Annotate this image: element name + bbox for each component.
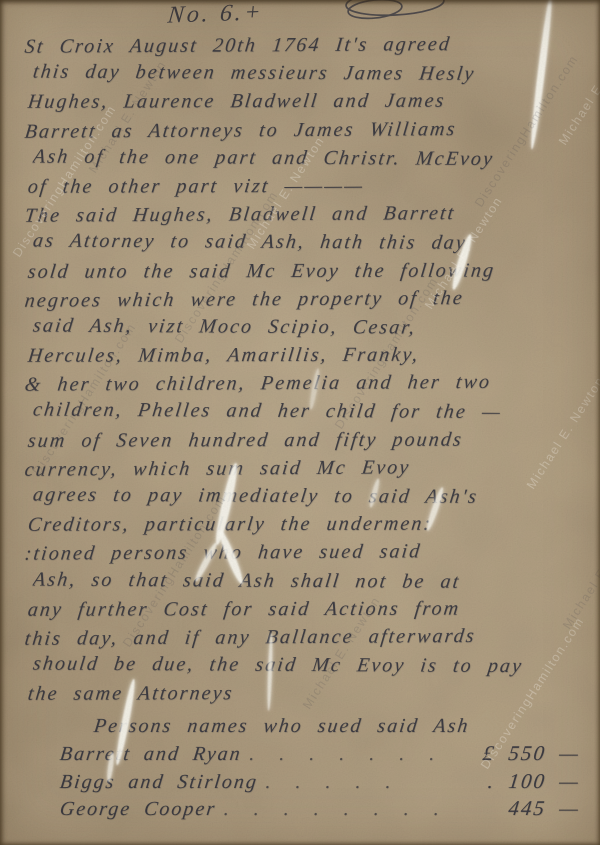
manuscript-line: agrees to pay immediately to said Ash's: [31, 481, 595, 512]
manuscript-line: children, Phelles and her child for the …: [31, 396, 595, 427]
ledger-row: George Cooper . . . . . . . . . 445 —: [58, 795, 581, 823]
manuscript-line: as Attorney to said Ash, hath this day: [31, 227, 595, 258]
manuscript-line: of the other part vizt ————: [26, 171, 596, 201]
ledger-intro-line: Persons names who sued said Ash: [92, 712, 581, 740]
manuscript-line: :tioned persons who have sued said: [23, 537, 596, 569]
ledger-row: Biggs and Stirlong . . . . . . 100 —: [58, 768, 581, 796]
amount-value: . 100 —: [460, 768, 581, 796]
manuscript-line: this day, and if any Ballance afterwards: [23, 621, 596, 653]
manuscript-line: Hercules, Mimba, Amarillis, Franky,: [26, 340, 596, 370]
document-number-heading: No. 6.+: [166, 0, 264, 30]
dot-leader: . . . . . . .: [240, 741, 464, 769]
manuscript-line: St Croix August 20th 1764 It's agreed: [23, 29, 596, 61]
manuscript-line: any further Cost for said Actions from: [26, 594, 596, 624]
dot-leader: . . . . .: [256, 769, 463, 797]
manuscript-line: should be due, the said Mc Evoy is to pa…: [31, 650, 595, 681]
amount-value: 445 —: [460, 795, 581, 823]
manuscript-line: & her two children, Pemelia and her two: [23, 368, 596, 400]
creditor-name: Biggs and Stirlong: [58, 769, 259, 797]
ink-scribble-oval: [333, 0, 451, 26]
manuscript-body: St Croix August 20th 1764 It's agreed th…: [22, 31, 594, 708]
creditor-ledger: Persons names who sued said Ash Barrett …: [22, 712, 580, 823]
manuscript-line: said Ash, vizt Moco Scipio, Cesar,: [31, 311, 595, 342]
manuscript-line: Ash, so that said Ash shall not be at: [31, 565, 595, 596]
manuscript-line: The said Hughes, Bladwell and Barrett: [23, 198, 596, 230]
manuscript-line: Creditors, particularly the undermen:: [26, 509, 596, 539]
manuscript-line: the same Attorneys: [26, 679, 596, 709]
manuscript-line: Ash of the one part and Christr. McEvoy: [31, 142, 595, 173]
manuscript-line: this day between messieurs James Hesly: [31, 58, 595, 89]
dot-leader: . . . . . . . . .: [214, 796, 463, 824]
manuscript-line: sold unto the said Mc Evoy the following: [26, 256, 596, 286]
creditor-name: George Cooper: [58, 796, 218, 824]
creditor-name: Barrett and Ryan: [58, 741, 243, 769]
amount-value: £ 550 —: [460, 740, 581, 768]
manuscript-line: negroes which were the property of the: [23, 283, 596, 315]
manuscript-line: Barrett as Attorneys to James Williams: [23, 114, 596, 146]
manuscript-line: currency, which sum said Mc Evoy: [23, 452, 596, 484]
ledger-row: Barrett and Ryan . . . . . . . £ 550 —: [58, 740, 581, 768]
manuscript-line: Hughes, Laurence Bladwell and James: [26, 87, 596, 117]
manuscript-line: sum of Seven hundred and fifty pounds: [26, 425, 596, 455]
manuscript-page: No. 6.+ St Croix August 20th 1764 It's a…: [0, 0, 600, 845]
